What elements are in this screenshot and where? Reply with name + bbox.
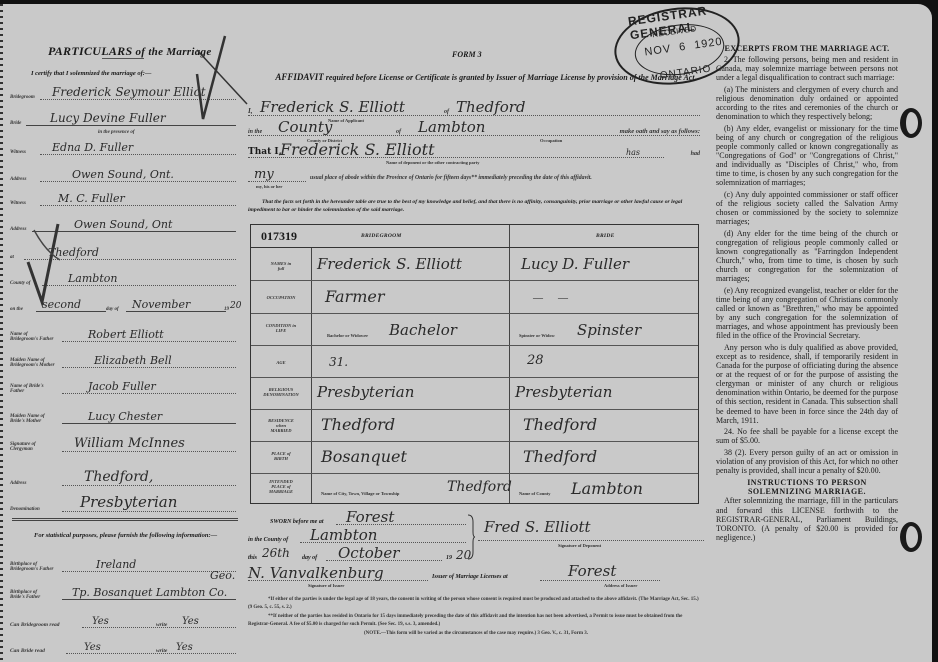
of-label: of <box>396 129 401 135</box>
groom-condition: Bachelor <box>389 321 457 339</box>
applicant-prefix: I, <box>248 107 252 115</box>
row-divider <box>251 345 698 346</box>
field-label: write <box>156 623 167 628</box>
field-bride-father-birthplace: Birthplace of Bride's Father Tp. Bosanqu… <box>10 584 236 602</box>
instructions-text: After solemnizing the marriage, fill in … <box>716 496 898 541</box>
check-mark-icon <box>22 222 72 312</box>
excerpt-clause-a: (a) The ministers and clergymen of every… <box>716 85 898 121</box>
excerpt-section-38: 38 (2). Every person guilty of an act or… <box>716 448 898 475</box>
field-label: Denomination <box>10 507 40 512</box>
presence-caption: in the presence of <box>98 130 135 135</box>
county-or-district: County <box>278 118 332 136</box>
column-divider <box>509 225 510 503</box>
bride-birthplace: Thedford <box>523 447 597 466</box>
field-value: Lambton <box>68 272 117 285</box>
instructions-title: INSTRUCTIONS TO PERSON <box>716 478 898 487</box>
field-line <box>62 367 236 368</box>
field-value: Edna D. Fuller <box>52 141 133 154</box>
deponent-line: That I, Frederick S. Elliott has had <box>248 142 700 160</box>
bride-residence: Thedford <box>523 415 597 434</box>
field-groom-literacy: Can Bridegroom read Yes write Yes <box>10 612 236 630</box>
field-label: Address <box>10 177 26 182</box>
county-label: in the County of <box>248 537 288 543</box>
groom-condition-caption: Bachelor or Widower <box>327 333 368 338</box>
excerpt-residence: Any person who is duly qualified as abov… <box>716 343 898 425</box>
binder-ring-icon <box>900 108 922 138</box>
row-label: CONDITION in LIFE <box>251 323 311 333</box>
this-label: this <box>248 555 257 561</box>
statistical-note: For statistical purposes, please furnish… <box>12 531 238 540</box>
field-groom-mother: Maiden Name of Bridegroom's Mother Eliza… <box>10 352 236 370</box>
had-label: had <box>691 151 700 157</box>
field-bride-mother: Maiden Name of Bride's Mother Lucy Chest… <box>10 408 236 426</box>
row-divider <box>251 313 698 314</box>
year-prefix: 19 <box>224 307 229 312</box>
row-label: RELIGIOUS DENOMINATION <box>251 387 311 397</box>
field-label: Bridegroom <box>10 95 35 100</box>
col-header-bridegroom: BRIDEGROOM <box>361 233 402 239</box>
form-number: FORM 3 <box>452 50 482 59</box>
row-divider <box>251 247 698 248</box>
field-clergy-address: Address Thedford, <box>10 470 236 488</box>
affidavit-cap: AFFIDAVIT <box>275 72 323 82</box>
field-line <box>62 341 236 342</box>
excerpts-title: EXCERPTS FROM THE MARRIAGE ACT. <box>716 44 898 53</box>
year-value: 20 <box>230 301 241 311</box>
excerpt-section-24: 24. No fee shall be payable for a licens… <box>716 427 898 445</box>
write-value: Yes <box>182 616 199 627</box>
read-value: Yes <box>84 642 101 653</box>
applicant-line: I, Frederick S. Elliott of Thedford <box>248 100 700 118</box>
field-label: Birthplace of Bridegroom's Father <box>10 562 56 572</box>
binder-ring-icon <box>900 522 922 552</box>
bride-place-caption: Name of County <box>519 491 551 496</box>
row-label: NAMES in full <box>251 261 311 271</box>
excerpt-clause-b: (b) Any elder, evangelist or missionary … <box>716 124 898 188</box>
field-line <box>66 653 236 654</box>
field-groom-father: Name of Bridegroom's Father Robert Ellio… <box>10 326 236 344</box>
footnote-form-note: (NOTE.—This form will be varied as the c… <box>248 630 704 638</box>
marriage-document: PARTICULARS of the Marriage I certify th… <box>0 4 932 662</box>
field-value: Tp. Bosanquet Lambton Co. <box>72 586 227 599</box>
caption-abode: my, his or her <box>256 184 282 189</box>
footnote-age: *If either of the parties is under the l… <box>248 596 704 611</box>
field-label: Can Bride read <box>10 649 45 654</box>
field-groom-father-birthplace: Birthplace of Bridegroom's Father Irelan… <box>10 556 236 574</box>
field-value: Elizabeth Bell <box>94 354 172 367</box>
row-divider <box>251 280 698 281</box>
particulars-table: 017319 BRIDEGROOM BRIDE NAMES in full Fr… <box>250 224 699 504</box>
row-label: RESIDENCE when MARRIED <box>251 418 311 433</box>
of-label: of <box>444 109 449 115</box>
caption-issuer-signature: Signature of Issuer <box>308 583 344 588</box>
field-witness-1: Witness Edna D. Fuller <box>10 139 236 157</box>
serial-number: 017319 <box>261 229 297 244</box>
field-label: Bride <box>10 121 21 126</box>
field-value: Jacob Fuller <box>88 380 156 393</box>
row-label: OCCUPATION <box>251 295 311 300</box>
county-name: Lambton <box>418 118 485 136</box>
field-value: Frederick Seymour Elliot <box>52 85 206 99</box>
section-divider <box>12 518 238 521</box>
field-bride-literacy: Can Bride read Yes write Yes <box>10 638 236 656</box>
field-value: Lucy Chester <box>88 410 162 423</box>
groom-place-caption: Name of City, Town, Village or Township <box>321 491 399 496</box>
row-divider <box>251 409 698 410</box>
footnote-residence: **If neither of the parties has resided … <box>248 613 704 628</box>
field-label: at <box>10 255 14 260</box>
field-line <box>40 181 236 182</box>
field-label: day of <box>106 307 119 312</box>
abode-line: my usual place of abode within the Provi… <box>248 166 700 184</box>
county-line: in the County of Lambton make oath and s… <box>248 120 700 138</box>
field-label: Birthplace of Bride's Father <box>10 590 52 600</box>
field-line <box>62 511 236 512</box>
day-of-label: day of <box>302 555 317 561</box>
field-witness-2: Witness M. C. Fuller <box>10 190 236 208</box>
sworn-county-value: Lambton <box>310 526 377 544</box>
in-the-label: in the <box>248 129 262 135</box>
field-label: Signature of Clergyman <box>10 442 50 452</box>
intended-place-county: Lambton <box>571 479 643 498</box>
field-value: M. C. Fuller <box>58 192 125 205</box>
excerpt-clause-e: (e) Any recognized evangelist, teacher o… <box>716 286 898 341</box>
particulars-title: PARTICULARS of the Marriage <box>48 44 212 59</box>
field-line <box>62 599 236 600</box>
issuer-label: Issuer of Marriage Licenses at <box>432 574 508 580</box>
row-divider <box>251 441 698 442</box>
bride-condition: Spinster <box>577 321 641 339</box>
certify-statement: I certify that I solemnized the marriage… <box>31 70 151 77</box>
year-prefix: 19 <box>446 555 452 561</box>
field-label: Address <box>10 481 26 486</box>
field-bride-father: Name of Bride's Father Jacob Fuller <box>10 378 236 396</box>
caption-deponent: Name of deponent or the other contractin… <box>386 160 479 165</box>
field-value: Owen Sound, Ont. <box>72 168 174 181</box>
field-label: Maiden Name of Bridegroom's Mother <box>10 358 64 368</box>
instructions-subtitle: SOLEMNIZING MARRIAGE. <box>716 487 898 496</box>
field-line <box>62 423 236 424</box>
groom-denomination: Presbyterian <box>317 383 414 401</box>
field-line <box>40 154 236 155</box>
oath-paragraph: That the facts set forth in the hereunde… <box>248 198 700 214</box>
groom-age: 31. <box>329 355 348 369</box>
marriage-act-excerpts: EXCERPTS FROM THE MARRIAGE ACT. 2. The f… <box>716 44 898 544</box>
particulars-title-word: PARTICULARS <box>48 44 132 58</box>
field-line <box>62 451 236 452</box>
has-value: has <box>626 148 640 157</box>
abode-value: my <box>254 167 274 182</box>
field-line <box>540 580 660 581</box>
abode-text: usual place of abode within the Province… <box>310 175 592 181</box>
field-line <box>126 311 226 312</box>
bride-denomination: Presbyterian <box>515 383 612 401</box>
check-mark-icon <box>195 34 250 124</box>
field-value: Thedford, <box>84 469 153 485</box>
issuer-address: Forest <box>568 562 616 580</box>
row-divider <box>251 473 698 474</box>
read-value: Yes <box>92 616 109 627</box>
row-label: INTENDED PLACE of MARRIAGE <box>251 479 311 494</box>
field-line <box>62 485 236 486</box>
excerpt-clause-d: (d) Any elder for the time being of the … <box>716 229 898 284</box>
field-label: Can Bridegroom read <box>10 623 60 628</box>
bride-name: Lucy D. Fuller <box>521 255 629 273</box>
footnotes: *If either of the parties is under the l… <box>248 596 704 640</box>
col-header-bride: BRIDE <box>596 233 615 239</box>
write-value: Yes <box>176 642 193 653</box>
field-line <box>478 540 704 541</box>
bride-condition-caption: Spinster or Widow <box>519 333 555 338</box>
groom-occupation: Farmer <box>325 287 385 306</box>
month-value: November <box>132 298 190 311</box>
field-clergyman: Signature of Clergyman William McInnes <box>10 436 236 454</box>
row-label: PLACE of BIRTH <box>251 451 311 461</box>
field-value: Robert Elliott <box>88 328 164 341</box>
intended-place-town: Thedford <box>447 479 512 495</box>
applicant-name: Frederick S. Elliott <box>260 98 405 116</box>
field-label: write <box>156 649 167 654</box>
sworn-day-value: 26th <box>262 546 290 560</box>
deponent-name: Frederick S. Elliott <box>280 140 435 159</box>
that-i-label: That I, <box>248 147 282 157</box>
field-line <box>248 580 428 581</box>
annotation-geo: Geo. <box>210 569 235 582</box>
field-value: Presbyterian <box>80 493 177 511</box>
field-value: Ireland <box>96 558 136 571</box>
bride-occupation: — — <box>533 293 568 304</box>
caption-deponent-signature: Signature of Deponent <box>558 543 601 548</box>
field-label: Name of Bridegroom's Father <box>10 332 56 342</box>
field-value: William McInnes <box>74 436 185 451</box>
field-line <box>62 393 236 394</box>
excerpt-section-2: 2. The following persons, being men and … <box>716 55 898 82</box>
deponent-signature: Fred S. Elliott <box>484 518 591 536</box>
applicant-residence: Thedford <box>456 98 526 116</box>
row-divider <box>251 377 698 378</box>
field-label: Maiden Name of Bride's Mother <box>10 414 56 424</box>
groom-birthplace: Bosanquet <box>321 447 407 466</box>
field-label: Witness <box>10 150 26 155</box>
excerpt-clause-c: (c) Any duly appointed commissioner or s… <box>716 190 898 226</box>
caption-issuer-address: Address of Issuer <box>604 583 637 588</box>
field-label: Name of Bride's Father <box>10 384 50 394</box>
field-label: on the <box>10 307 23 312</box>
field-line <box>40 205 236 206</box>
brace-icon <box>466 514 476 560</box>
row-label: AGE <box>251 360 311 365</box>
sworn-at-value: Forest <box>346 508 394 526</box>
groom-residence: Thedford <box>321 415 395 434</box>
field-address-1: Address Owen Sound, Ont. <box>10 166 236 184</box>
sworn-month-value: October <box>338 544 399 562</box>
field-label: Witness <box>10 201 26 206</box>
sworn-label: SWORN before me at <box>270 519 324 525</box>
column-divider <box>311 247 312 503</box>
field-denomination: Denomination Presbyterian <box>10 496 236 514</box>
bride-age: 28 <box>527 353 544 368</box>
field-value: Owen Sound, Ont <box>74 218 172 231</box>
title-rule <box>102 58 144 59</box>
field-value: Lucy Devine Fuller <box>50 111 166 125</box>
groom-name: Frederick S. Elliott <box>317 255 462 273</box>
make-oath-label: make oath and say as follows: <box>618 128 700 135</box>
field-line <box>26 125 236 126</box>
